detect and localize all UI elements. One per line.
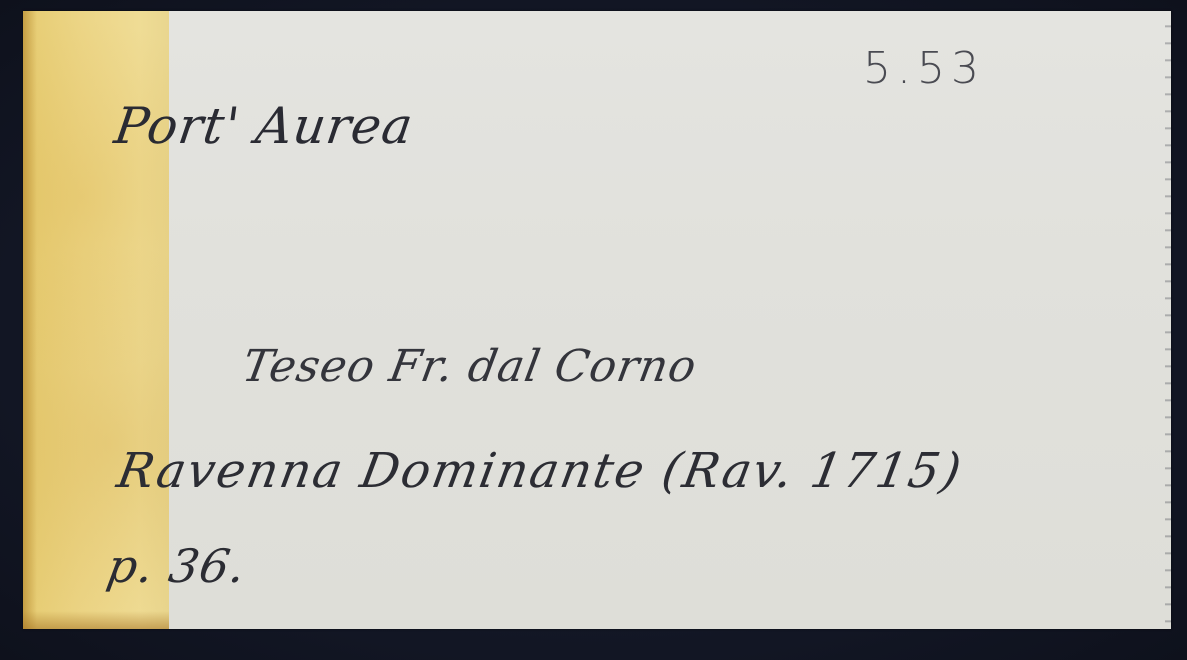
card-title: Port' Aurea [111,97,417,155]
page-reference: p. 36. [103,539,250,593]
reference-number: 5.53 [863,43,985,94]
author-line: Teseo Fr. dal Corno [239,341,701,392]
work-citation-line: Ravenna Dominante (Rav. 1715) [113,443,967,499]
index-card: 5.53 Port' Aurea Teseo Fr. dal Corno Rav… [23,11,1171,629]
